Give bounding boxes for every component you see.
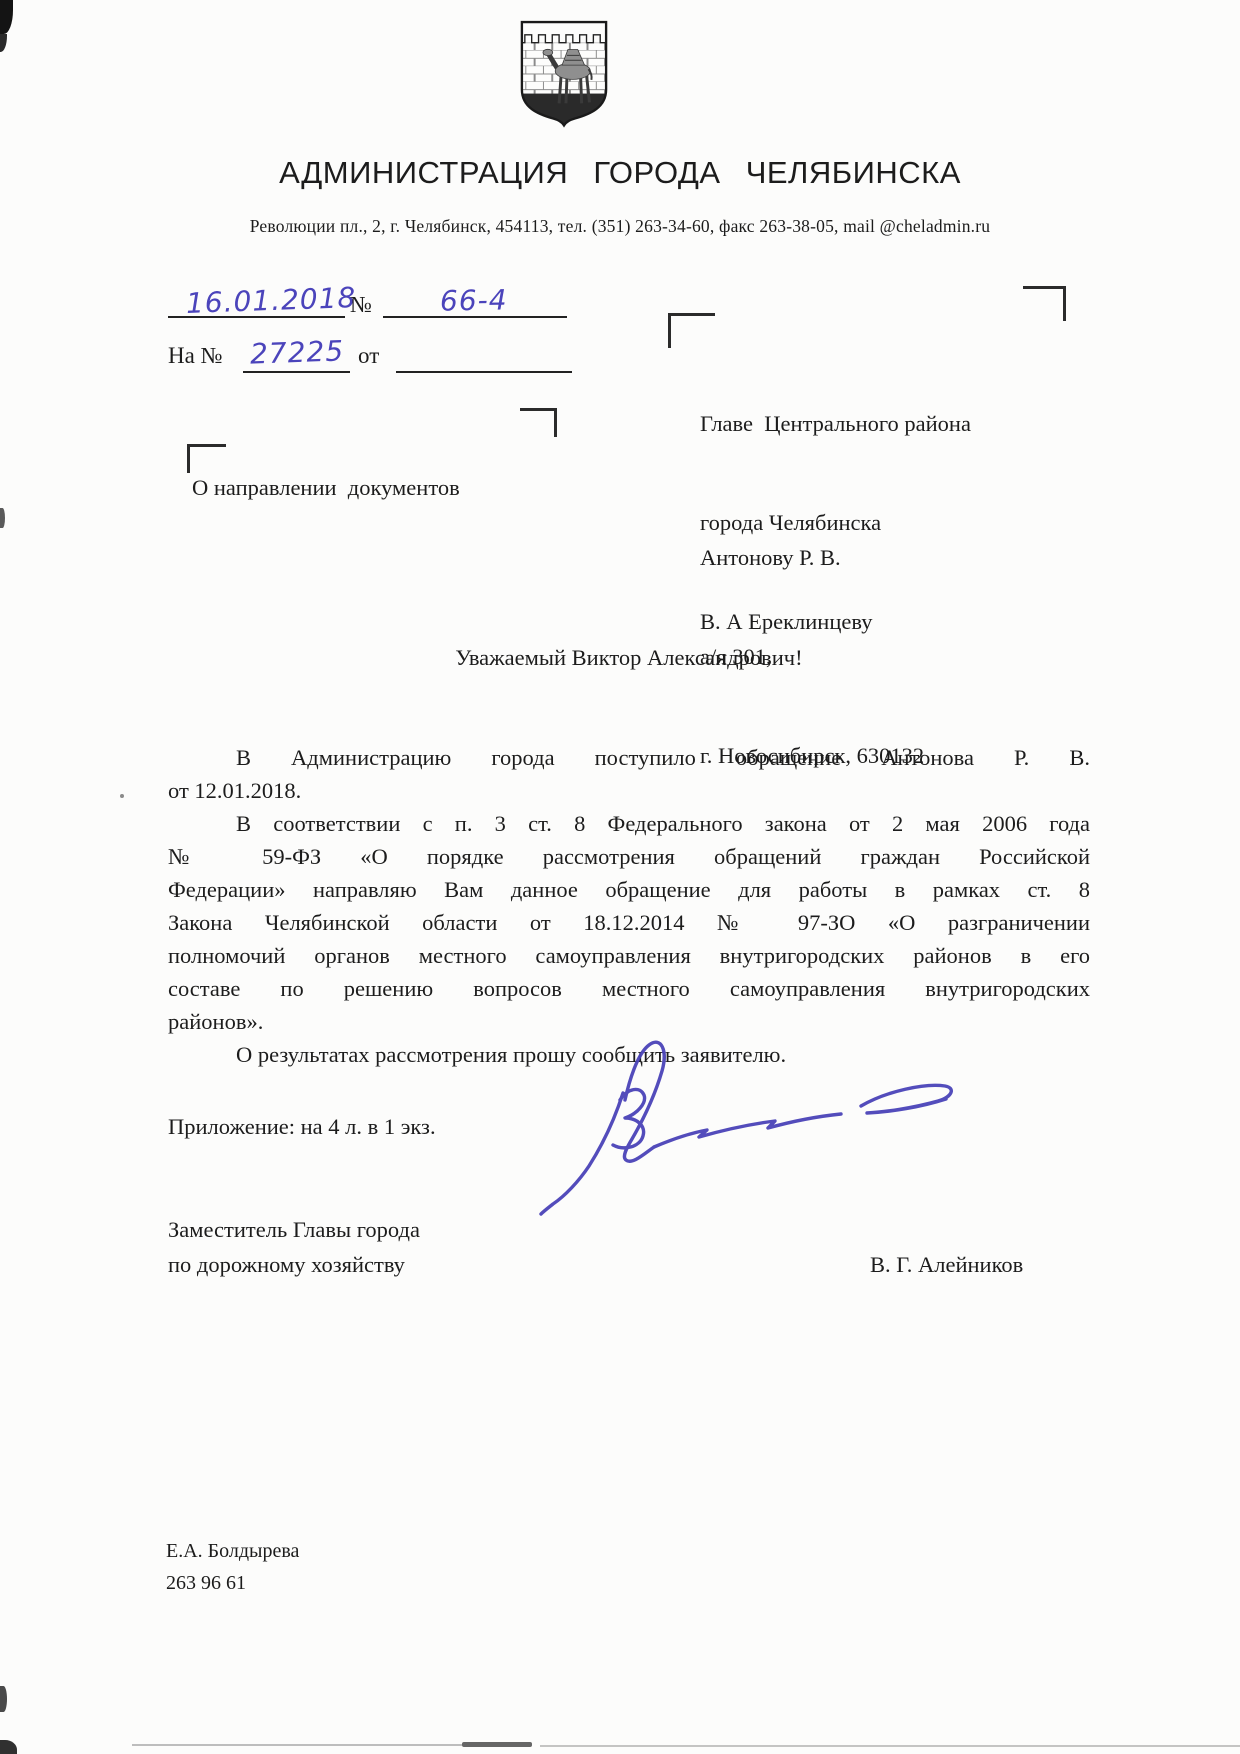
scan-artifact-bottom-streak-1	[132, 1744, 462, 1746]
org-name-title: АДМИНИСТРАЦИЯ ГОРОДА ЧЕЛЯБИНСКА	[0, 155, 1240, 191]
scan-artifact-dot	[120, 794, 124, 798]
body-line: от 12.01.2018.	[168, 774, 1090, 807]
number-sign: №	[350, 292, 372, 318]
scanned-letter-page: { "colors": { "paper": "#fcfcfb", "ink":…	[0, 0, 1240, 1754]
scan-artifact-top-left-2	[0, 34, 7, 52]
executor-phone: 263 96 61	[166, 1572, 246, 1595]
date-handwritten: 16.01.2018	[185, 281, 356, 320]
subject-zone-corner-left	[187, 444, 226, 473]
subject-line: О направлении документов	[192, 471, 460, 504]
recipient-line: Главе Центрального района	[700, 407, 1080, 440]
body-line: Федерации» направляю Вам данное обращени…	[168, 873, 1090, 906]
salutation: Уважаемый Виктор Александрович!	[168, 641, 1090, 674]
signer-position-line: Заместитель Главы города	[168, 1212, 420, 1247]
body-line: В Администрацию города поступило обращен…	[168, 741, 1090, 774]
recipient-line: Антонову Р. В.	[700, 541, 1080, 574]
scan-artifact-bottom-left-2	[0, 1740, 17, 1754]
signer-position-line: по дорожному хозяйству	[168, 1247, 420, 1282]
scan-artifact-bottom-left	[0, 1686, 7, 1712]
body-line: составе по решению вопросов местного сам…	[168, 972, 1090, 1005]
coat-of-arms-icon	[517, 18, 611, 128]
scan-artifact-left-edge	[0, 508, 5, 528]
number-handwritten: 66-4	[440, 283, 508, 317]
body-line: районов».	[168, 1005, 1090, 1038]
signature-ink	[525, 1038, 965, 1223]
subject-zone-corner-right	[520, 408, 557, 437]
reply-number-handwritten: 27225	[249, 334, 344, 370]
signer-name: В. Г. Алейников	[870, 1248, 1023, 1281]
scan-artifact-bottom-streak-3	[540, 1745, 1240, 1747]
letter-body: В Администрацию города поступило обращен…	[168, 741, 1090, 1071]
reply-number-underline	[243, 371, 350, 373]
executor-name: Е.А. Болдырева	[166, 1540, 299, 1563]
body-line: № 59-ФЗ «О порядке рассмотрения обращени…	[168, 840, 1090, 873]
address-zone-corner-right	[1023, 286, 1066, 321]
reply-prefix: На №	[168, 343, 223, 369]
scan-artifact-top-left	[0, 0, 13, 34]
body-line: В соответствии с п. 3 ст. 8 Федерального…	[168, 807, 1090, 840]
org-address-line: Революции пл., 2, г. Челябинск, 454113, …	[0, 216, 1240, 237]
signer-position: Заместитель Главы города по дорожному хо…	[168, 1212, 420, 1282]
body-line: Закона Челябинской области от 18.12.2014…	[168, 906, 1090, 939]
attachment-note: Приложение: на 4 л. в 1 экз.	[168, 1110, 436, 1143]
body-line: полномочий органов местного самоуправлен…	[168, 939, 1090, 972]
reply-date-underline	[396, 371, 572, 373]
scan-artifact-bottom-streak-2	[462, 1742, 532, 1747]
reply-from-label: от	[358, 343, 379, 369]
